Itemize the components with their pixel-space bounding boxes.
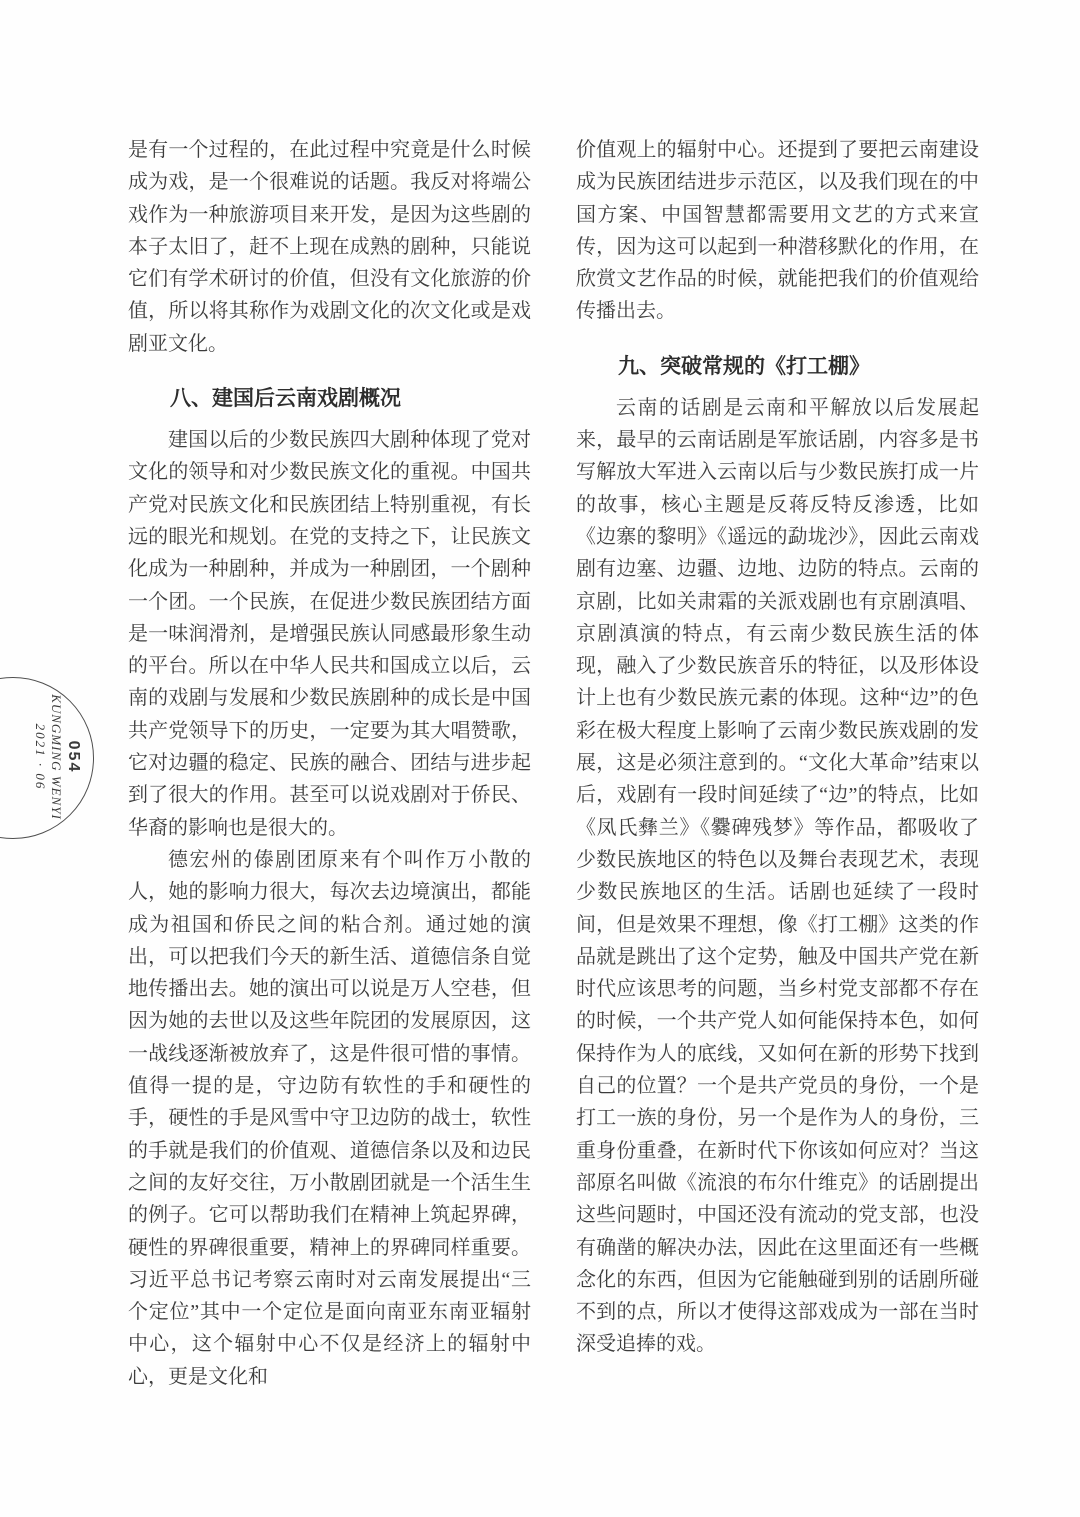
- edge-badge-text-block: 054 KUNGMING WENYI 2021 · 06: [30, 687, 82, 827]
- section-heading-8: 八、建国后云南戏剧概况: [128, 382, 531, 415]
- paragraph-continuation: 价值观上的辐射中心。还提到了要把云南建设成为民族团结进步示范区，以及我们现在的中…: [576, 134, 979, 328]
- magazine-page: 054 KUNGMING WENYI 2021 · 06 是有一个过程的，在此过…: [0, 0, 1080, 1517]
- left-column: 是有一个过程的，在此过程中究竟是什么时候成为戏，是一个很难说的话题。我反对将端公…: [128, 134, 531, 1393]
- paragraph-continuation: 是有一个过程的，在此过程中究竟是什么时候成为戏，是一个很难说的话题。我反对将端公…: [128, 134, 531, 360]
- page-number: 054: [64, 687, 82, 827]
- right-column: 价值观上的辐射中心。还提到了要把云南建设成为民族团结进步示范区，以及我们现在的中…: [576, 134, 979, 1361]
- section-heading-9: 九、突破常规的《打工棚》: [576, 350, 979, 383]
- paragraph: 云南的话剧是云南和平解放以后发展起来，最早的云南话剧是军旅话剧，内容多是书写解放…: [576, 392, 979, 1361]
- issue-number: 2021 · 06: [32, 687, 48, 827]
- paragraph: 德宏州的傣剧团原来有个叫作万小散的人，她的影响力很大，每次去边境演出，都能成为祖…: [128, 844, 531, 1393]
- journal-name: KUNGMING WENYI: [48, 687, 64, 827]
- paragraph: 建国以后的少数民族四大剧种体现了党对文化的领导和对少数民族文化的重视。中国共产党…: [128, 424, 531, 844]
